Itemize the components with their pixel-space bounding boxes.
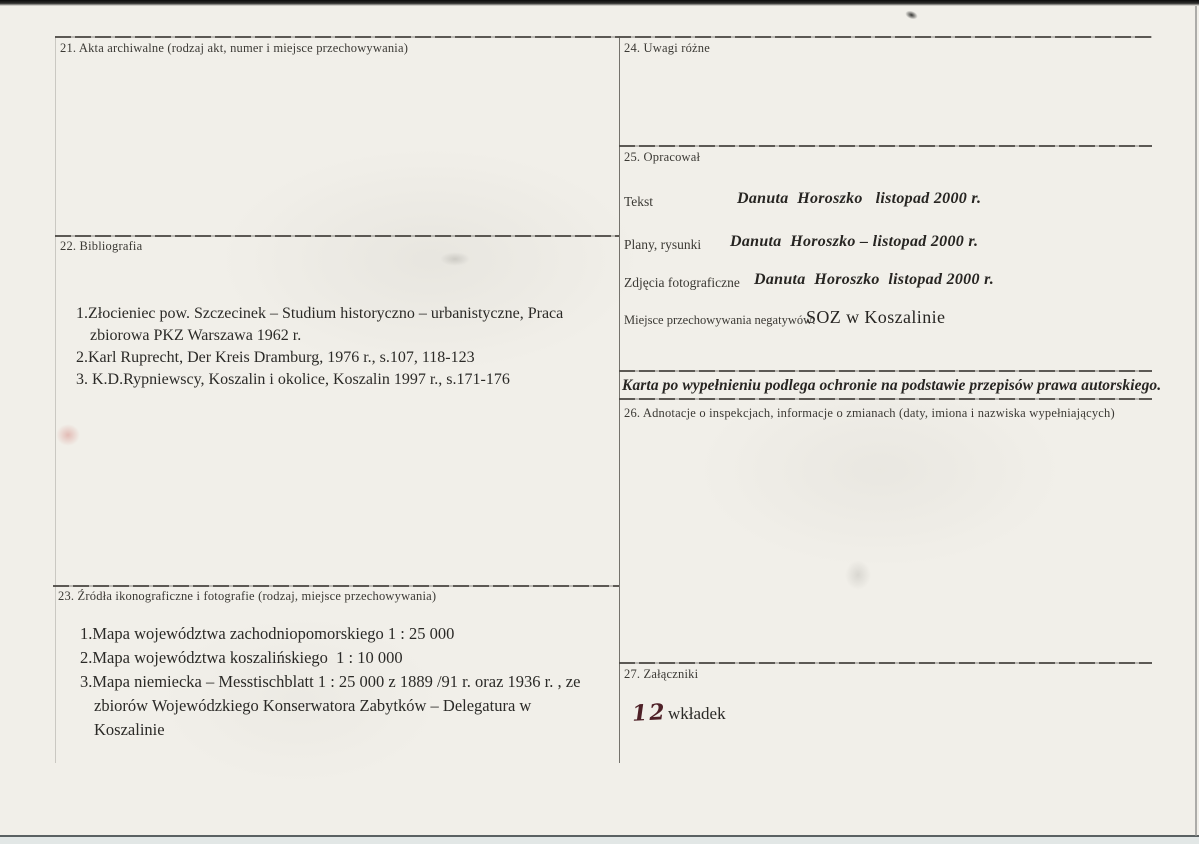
author-row-photos-label: Zdjęcia fotograficzne — [624, 275, 740, 291]
divider-s22-s23 — [53, 585, 619, 587]
section-25-label: 25. Opracował — [624, 150, 700, 165]
divider-above-copyright — [619, 370, 1152, 372]
author-row-plans-label: Plany, rysunki — [624, 237, 701, 253]
section-22-label: 22. Bibliografia — [60, 239, 142, 254]
source-entry: 1.Mapa województwa zachodniopomorskiego … — [80, 622, 640, 646]
bibliography-list: 1.Złocieniec pow. Szczecinek – Studium h… — [76, 303, 636, 391]
divider-s25-s26 — [619, 398, 1152, 400]
scan-smudge — [440, 252, 470, 266]
bibliography-entry: 3. K.D.Rypniewscy, Koszalin i okolice, K… — [76, 369, 636, 391]
scan-smudge — [845, 560, 871, 590]
scan-edge-right — [1195, 6, 1197, 836]
scan-smudge-pink — [56, 424, 80, 446]
scan-speck — [904, 9, 919, 21]
section-26-label: 26. Adnotacje o inspekcjach, informacje … — [624, 406, 1115, 421]
bibliography-entry: 2.Karl Ruprecht, Der Kreis Dramburg, 197… — [76, 347, 636, 369]
source-entry: 3.Mapa niemiecka – Messtischblatt 1 : 25… — [80, 670, 640, 742]
iconographic-sources-list: 1.Mapa województwa zachodniopomorskiego … — [80, 622, 640, 742]
section-27-label: 27. Załączniki — [624, 667, 698, 682]
attachments-count-handwritten: 12 — [631, 699, 667, 727]
bibliography-entry: 1.Złocieniec pow. Szczecinek – Studium h… — [76, 303, 636, 347]
negatives-storage-label: Miejsce przechowywania negatywów: — [624, 313, 816, 328]
scan-edge-bottom-band — [0, 837, 1199, 844]
scanned-record-card: 21. Akta archiwalne (rodzaj akt, numer i… — [0, 0, 1199, 844]
divider-s24-s25 — [619, 145, 1152, 147]
divider-s21-s22 — [55, 235, 619, 237]
copyright-note: Karta po wypełnieniu podlega ochronie na… — [622, 377, 1161, 395]
table-left-border — [55, 36, 56, 763]
author-row-plans-value: Danuta Horoszko – listopad 2000 r. — [730, 233, 978, 251]
author-row-photos-value: Danuta Horoszko listopad 2000 r. — [754, 271, 994, 289]
divider-s26-s27 — [619, 662, 1152, 664]
negatives-storage-value: SOZ w Koszalinie — [806, 307, 945, 328]
scan-edge-top — [0, 0, 1199, 6]
section-24-label: 24. Uwagi różne — [624, 41, 710, 56]
section-23-label: 23. Źródła ikonograficzne i fotografie (… — [58, 589, 436, 604]
author-row-text-value: Danuta Horoszko listopad 2000 r. — [737, 190, 981, 208]
source-entry: 2.Mapa województwa koszalińskiego 1 : 10… — [80, 646, 640, 670]
author-row-text-label: Tekst — [624, 194, 653, 210]
section-21-label: 21. Akta archiwalne (rodzaj akt, numer i… — [60, 41, 408, 56]
attachments-count-unit: wkładek — [668, 704, 726, 724]
table-top-border — [55, 36, 1152, 38]
